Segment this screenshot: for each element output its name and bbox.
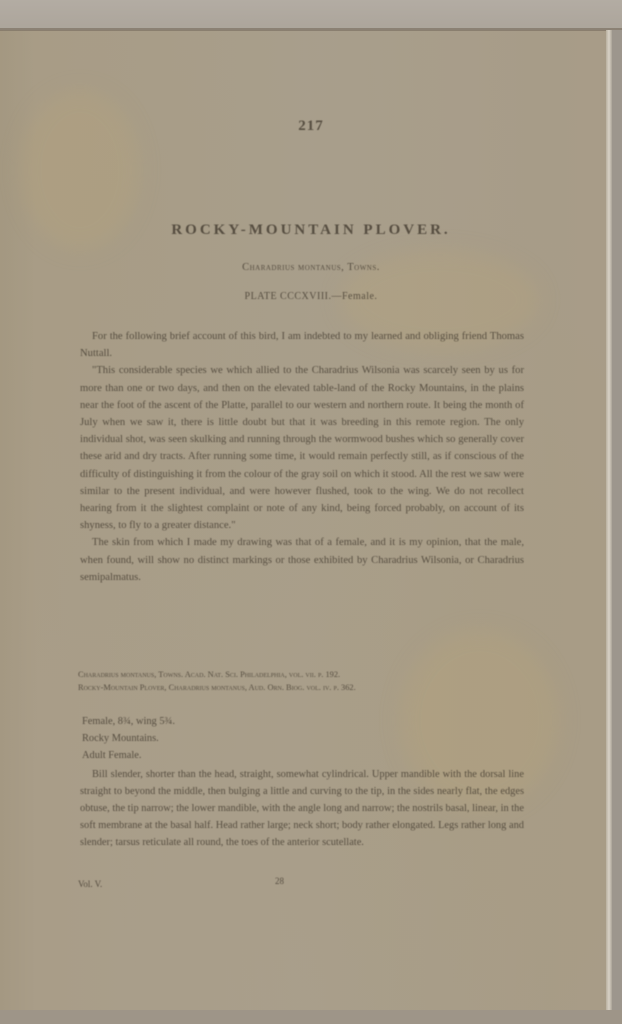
body-text: For the following brief account of this … (80, 328, 524, 586)
signature-mark: Vol. V. (78, 879, 102, 889)
page-top-edge (0, 28, 622, 31)
synonymy-line: Rocky-Mountain Plover, Charadrius montan… (78, 681, 524, 694)
description-paragraph: Bill slender, shorter than the head, str… (80, 766, 524, 851)
plate-label: PLATE CCCXVIII.—Female. (0, 291, 622, 302)
description-block: Bill slender, shorter than the head, str… (80, 766, 524, 851)
page-bottom-edge (0, 1010, 622, 1024)
page-shadow (612, 30, 622, 1024)
measurements-block: Female, 8¾, wing 5¾. Rocky Mountains. Ad… (82, 713, 522, 764)
measurement-line: Female, 8¾, wing 5¾. (82, 713, 522, 730)
synonymy-block: Charadrius montanus, Towns. Acad. Nat. S… (78, 668, 524, 694)
body-paragraph: The skin from which I made my drawing wa… (80, 534, 524, 586)
species-title: ROCKY-MOUNTAIN PLOVER. (0, 222, 622, 239)
latin-name: Charadrius montanus, Towns. (0, 262, 622, 273)
synonymy-line: Charadrius montanus, Towns. Acad. Nat. S… (78, 668, 524, 681)
gathering-mark: 28 (275, 876, 284, 886)
body-paragraph-quote: "This considerable species we which alli… (80, 362, 524, 534)
body-paragraph: For the following brief account of this … (80, 328, 524, 362)
background-surface (0, 0, 622, 30)
page-number: 217 (0, 118, 622, 135)
specimen-line: Adult Female. (82, 747, 522, 764)
locality-line: Rocky Mountains. (82, 730, 522, 747)
